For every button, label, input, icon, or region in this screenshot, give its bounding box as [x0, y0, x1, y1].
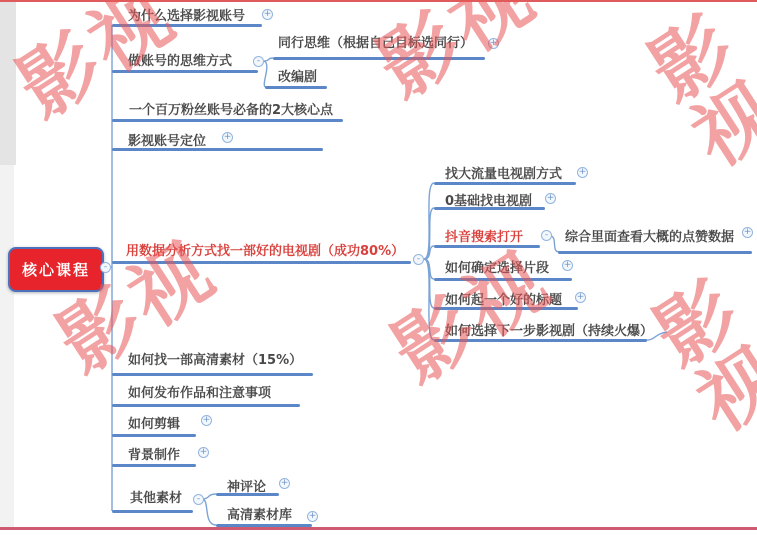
collapse-icon[interactable]: -	[253, 56, 264, 67]
branch-underline	[112, 434, 196, 437]
topic-find-high-traffic-drama[interactable]: 找大流量电视剧方式	[445, 163, 562, 182]
branch-underline	[216, 524, 312, 527]
topic-how-to-edit[interactable]: 如何剪辑	[128, 413, 180, 432]
expand-icon[interactable]: +	[575, 292, 586, 303]
branch-underline	[112, 404, 300, 407]
root-topic-core-course[interactable]: 核心课程	[8, 247, 104, 292]
topic-check-big-account-likes-data[interactable]: 综合里面查看大概的点赞数据	[565, 226, 734, 245]
branch-underline	[112, 261, 411, 264]
branch-underline	[112, 70, 258, 73]
branch-underline	[273, 57, 485, 60]
topic-choose-next-drama[interactable]: 如何选择下一步影视剧（持续火爆）	[445, 320, 653, 339]
topic-find-hd-material[interactable]: 如何找一部高清素材（15%）	[128, 349, 302, 368]
topic-why-choose-film-account[interactable]: 为什么选择影视账号	[128, 5, 245, 24]
expand-icon[interactable]: +	[198, 447, 209, 458]
branch-underline	[558, 251, 752, 254]
branch-underline	[434, 339, 647, 342]
topic-account-thinking-mode[interactable]: 做账号的思维方式	[128, 50, 232, 69]
expand-icon[interactable]: +	[222, 132, 233, 143]
branch-underline	[434, 245, 540, 248]
branch-underline	[112, 373, 313, 376]
topic-good-title[interactable]: 如何起一个好的标题	[445, 289, 562, 308]
branch-underline	[112, 510, 193, 513]
branch-connectors	[0, 0, 757, 535]
topic-hd-material-library[interactable]: 高清素材库	[227, 504, 292, 523]
topic-million-fans-core-points[interactable]: 一个百万粉丝账号必备的2大核心点	[129, 99, 333, 118]
collapse-icon[interactable]: -	[541, 230, 552, 241]
topic-other-materials[interactable]: 其他素材	[130, 487, 182, 506]
branch-underline	[112, 119, 343, 122]
expand-icon[interactable]: +	[307, 511, 318, 522]
branch-underline	[434, 182, 576, 185]
topic-data-analysis-find-drama[interactable]: 用数据分析方式找一部好的电视剧（成功80%）	[126, 240, 404, 259]
expand-icon[interactable]: +	[742, 227, 753, 238]
topic-account-positioning[interactable]: 影视账号定位	[128, 130, 206, 149]
expand-icon[interactable]: +	[201, 415, 212, 426]
topic-god-comments[interactable]: 神评论	[227, 476, 266, 495]
collapse-icon[interactable]: -	[413, 254, 424, 265]
topic-background-making[interactable]: 背景制作	[128, 444, 180, 463]
root-collapse-icon[interactable]: -	[100, 262, 111, 273]
expand-icon[interactable]: +	[577, 167, 588, 178]
branch-underline	[112, 464, 196, 467]
topic-douyin-search-open[interactable]: 抖音搜索打开	[445, 226, 523, 245]
expand-icon[interactable]: +	[262, 9, 273, 20]
branch-underline	[265, 86, 327, 89]
expand-icon[interactable]: +	[545, 193, 556, 204]
topic-zero-basis-find-drama[interactable]: 0基础找电视剧	[445, 190, 532, 209]
branch-underline	[112, 24, 262, 27]
expand-icon[interactable]: +	[562, 260, 573, 271]
topic-peer-thinking[interactable]: 同行思维（根据自己目标选同行）	[278, 32, 473, 51]
expand-icon[interactable]: +	[279, 478, 290, 489]
topic-publish-and-notes[interactable]: 如何发布作品和注意事项	[128, 382, 271, 401]
expand-icon[interactable]: +	[488, 38, 499, 49]
mindmap-canvas: 核心课程 - 为什么选择影视账号 + 做账号的思维方式 - 同行思维（根据自己目…	[0, 0, 757, 535]
topic-adaptation[interactable]: 改编剧	[278, 66, 317, 85]
topic-confirm-clip-selection[interactable]: 如何确定选择片段	[445, 257, 549, 276]
collapse-icon[interactable]: -	[193, 494, 204, 505]
branch-underline	[434, 278, 572, 281]
